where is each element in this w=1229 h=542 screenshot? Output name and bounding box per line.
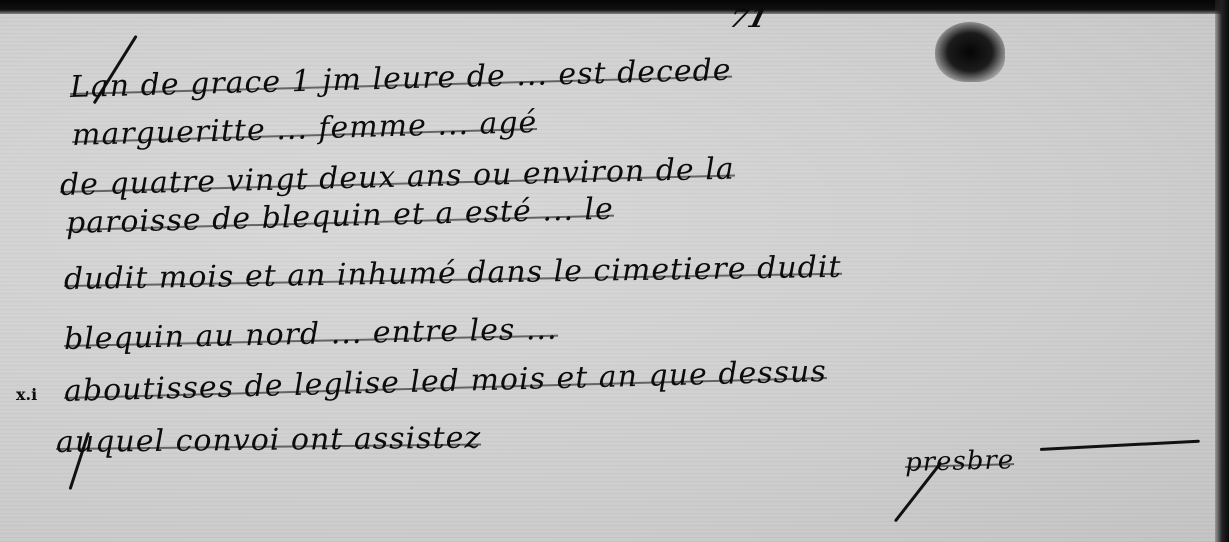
- manuscript-line-8: auquel convoi ont assistez: [56, 421, 482, 460]
- manuscript-line-5: dudit mois et an inhumé dans le cimetier…: [64, 250, 842, 297]
- signature-title: presbre: [905, 445, 1015, 478]
- manuscript-line-1: Lan de grace 1 jm leure de ... est deced…: [70, 53, 732, 105]
- manuscript-line-6: blequin au nord ... entre les ...: [64, 312, 558, 357]
- margin-note: x.i: [16, 385, 37, 404]
- page-top-edge-shadow: [0, 0, 1229, 14]
- signature-underline-stroke: [1040, 440, 1200, 451]
- folio-number: 71: [726, 4, 770, 34]
- manuscript-line-7: aboutisses de leglise led mois et an que…: [64, 354, 828, 409]
- ink-blot: [935, 22, 1005, 82]
- manuscript-line-2: margueritte ... femme ... agé: [72, 105, 538, 153]
- manuscript-line-3: de quatre vingt deux ans ou environ de l…: [60, 152, 736, 203]
- page-right-edge-shadow: [1215, 0, 1229, 542]
- manuscript-page: 71 x.i Lan de grace 1 jm leure de ... es…: [0, 0, 1229, 542]
